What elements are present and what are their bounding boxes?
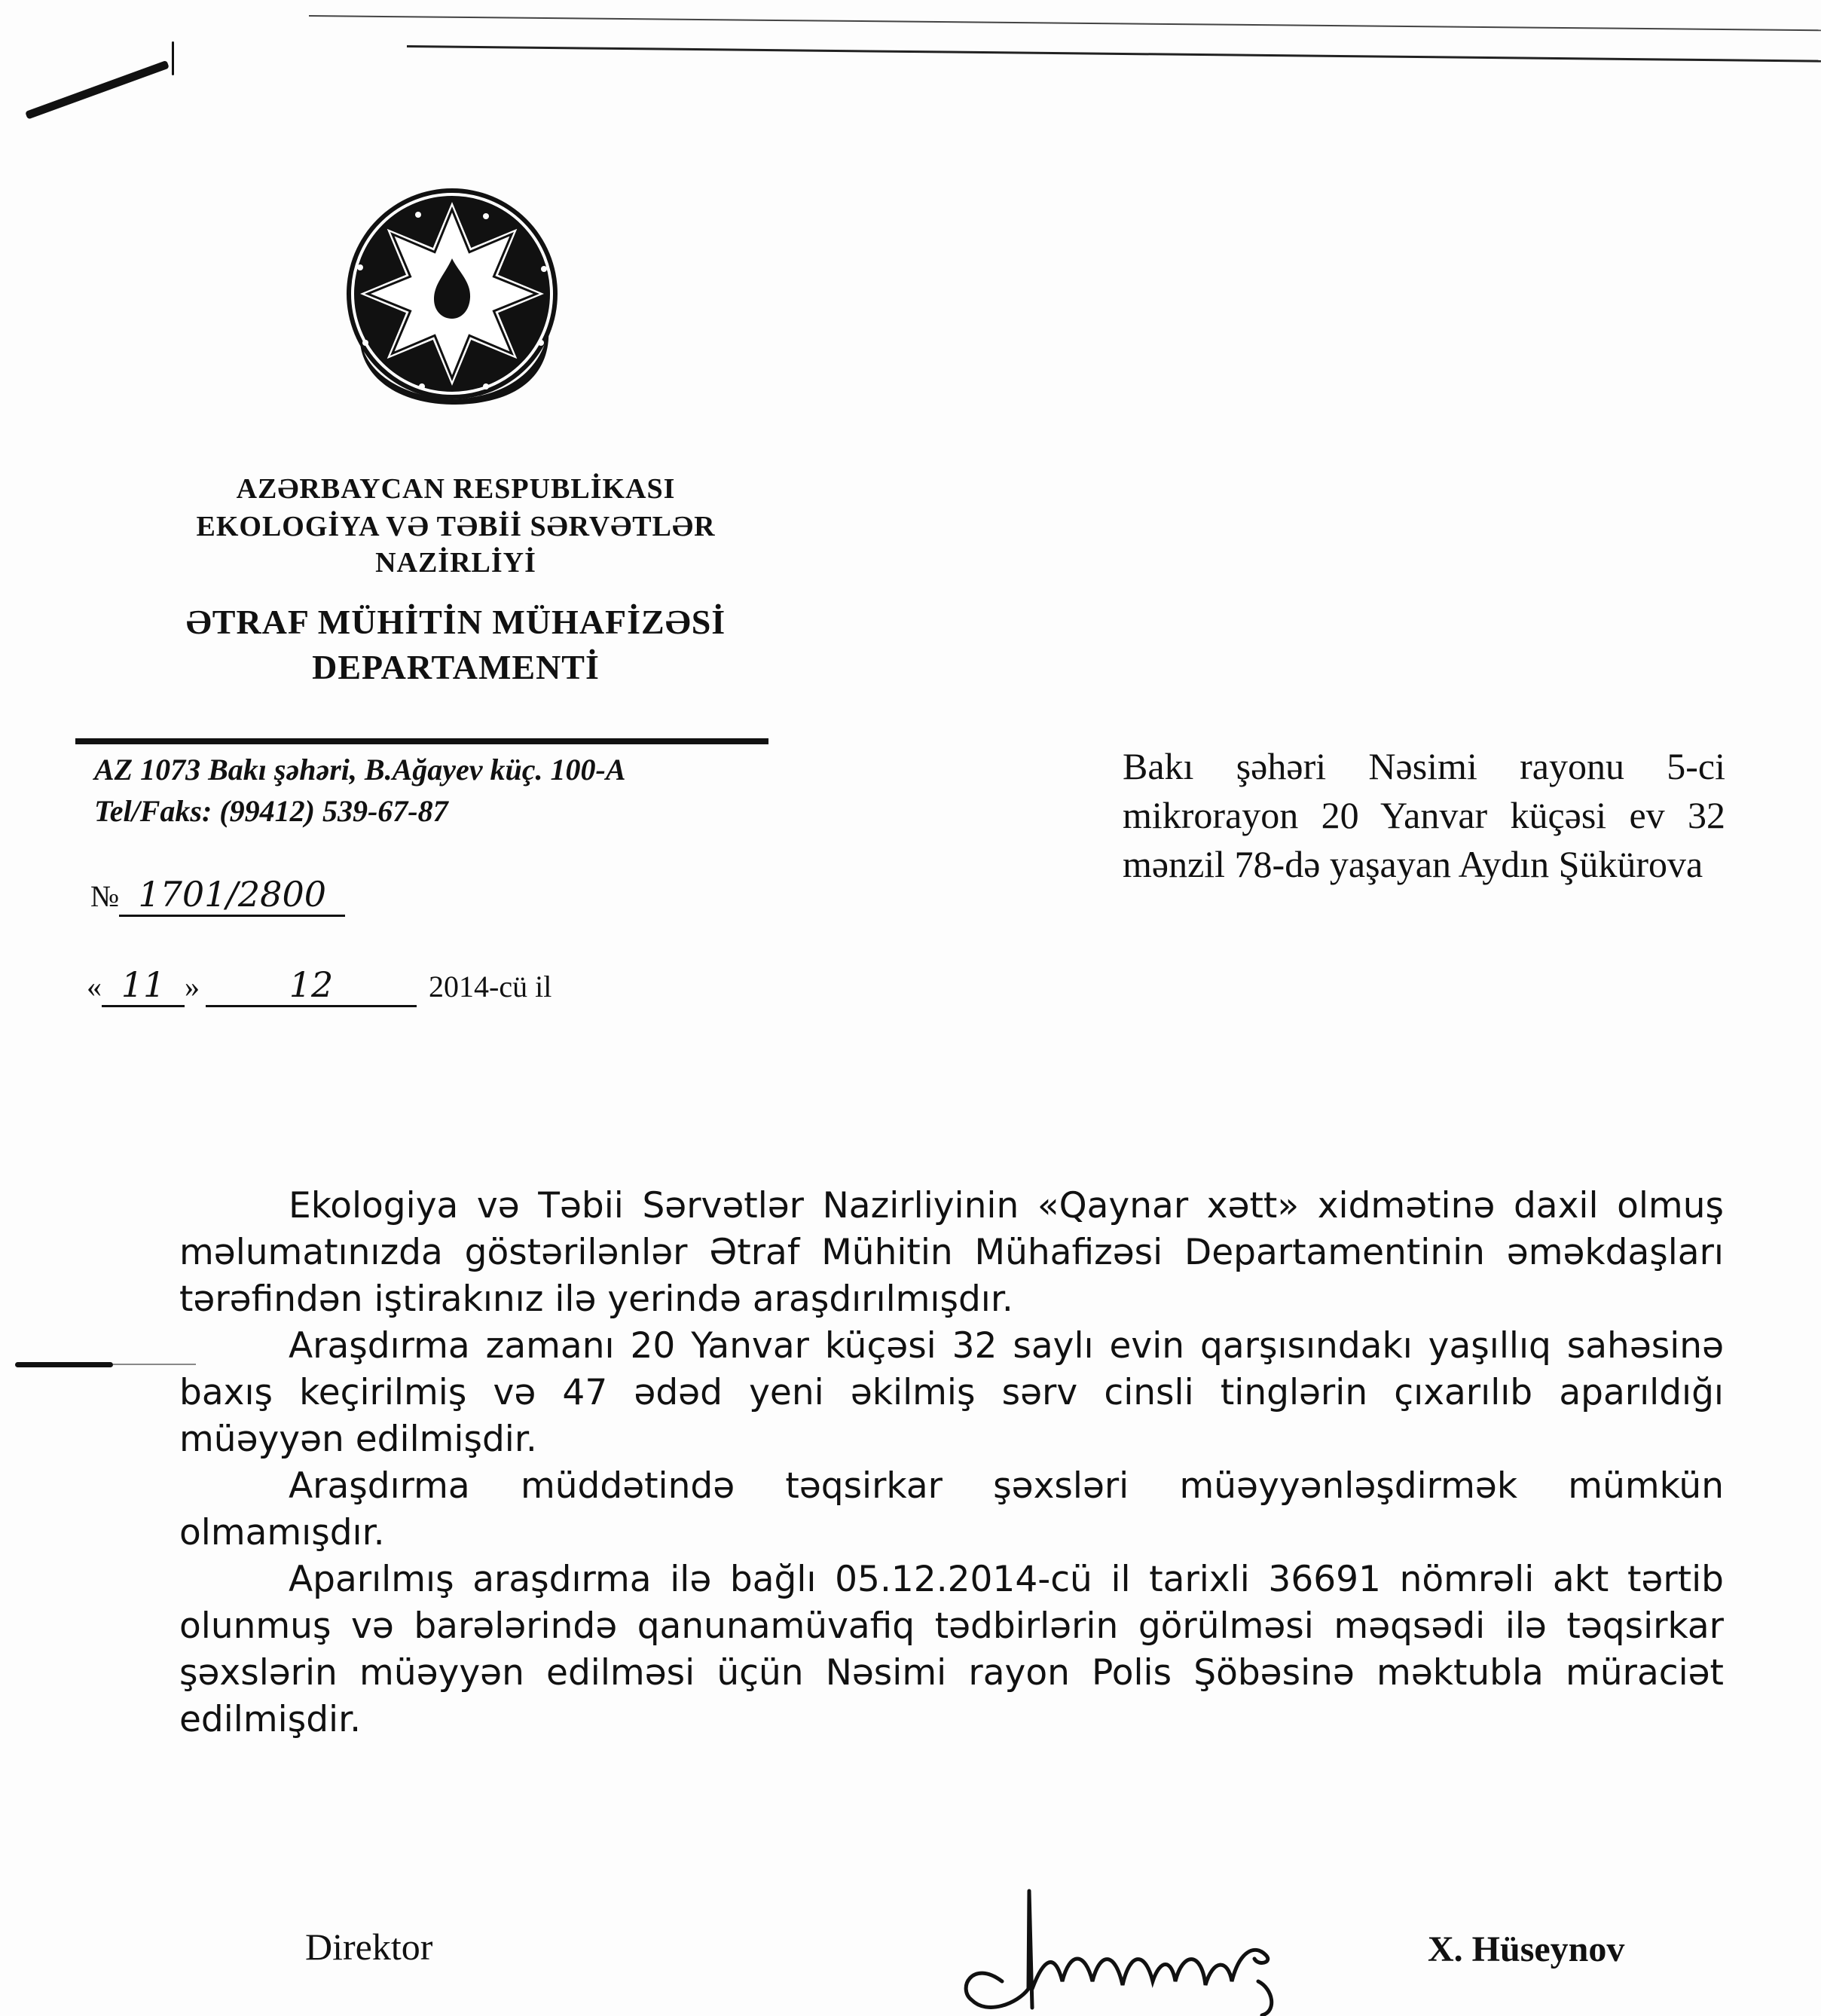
letterhead-ministry-suffix: NAZİRLİYİ [136,545,776,581]
body-paragraph: Araşdırma zamanı 20 Yanvar küçəsi 32 say… [179,1323,1724,1463]
scanned-letter-page: AZƏRBAYCAN RESPUBLİKASI EKOLOGİYA VƏ TƏB… [0,0,1821,2016]
date-day: 11 [102,964,185,1007]
reference-number: №1701/2800 [90,874,345,917]
letter-body: Ekologiya və Təbii Sərvətlər Nazirliyini… [179,1183,1724,1743]
scan-artifact-second-line [407,45,1821,63]
signatory-title: Direktor [305,1925,432,1969]
scan-artifact-left-dash [15,1362,113,1367]
reference-number-value: 1701/2800 [119,874,345,917]
date-close-quote: » [185,970,200,1003]
letterhead-department: ƏTRAF MÜHİTİN MÜHAFİZƏSİ [136,599,776,646]
addressee-block: Bakı şəhəri Nəsimi rayonu 5-ci mikrorayo… [1123,742,1725,889]
sender-address: AZ 1073 Bakı şəhəri, B.Ağayev küç. 100-A [94,750,626,790]
scan-artifact-corner-stroke [25,60,170,120]
letterhead-country: AZƏRBAYCAN RESPUBLİKASI [136,471,776,507]
body-paragraph: Araşdırma müddətində təqsirkar şəxsləri … [179,1463,1724,1556]
state-emblem-icon [339,185,565,411]
date-open-quote: « [87,970,102,1003]
letter-date: «11»12 2014-cü il [87,964,551,1007]
handwritten-signature-icon [957,1876,1318,2016]
scan-artifact-tick [172,41,174,75]
body-paragraph: Aparılmış araşdırma ilə bağlı 05.12.2014… [179,1556,1724,1743]
letterhead-divider [75,738,768,744]
scan-artifact-top-line [309,15,1821,31]
sender-phone: Tel/Faks: (99412) 539-67-87 [94,791,448,832]
letterhead-department-suffix: DEPARTAMENTİ [136,644,776,691]
signatory-name: X. Hüseynov [1428,1929,1624,1970]
number-sign: № [90,879,119,913]
date-month: 12 [206,964,417,1007]
date-year: 2014-cü il [429,970,551,1003]
body-paragraph: Ekologiya və Təbii Sərvətlər Nazirliyini… [179,1183,1724,1323]
letterhead-ministry: EKOLOGİYA VƏ TƏBİİ SƏRVƏTLƏR [136,509,776,545]
